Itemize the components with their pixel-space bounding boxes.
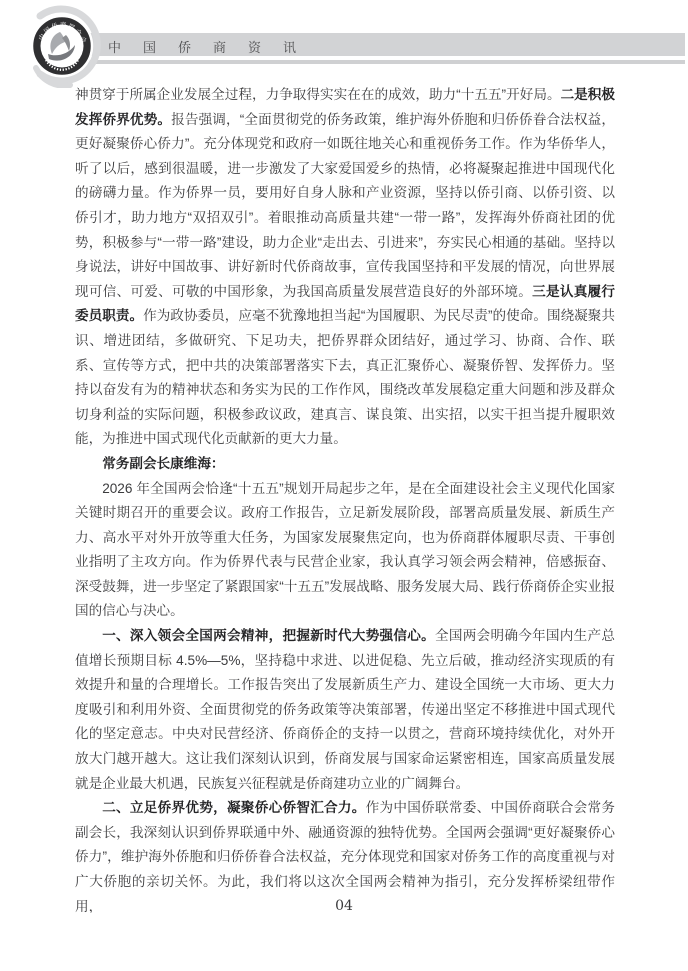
text-segment: 神贯穿于所属企业发展全过程，力争取得实实在在的成效，助力“十五五”开好局。	[75, 87, 561, 102]
speaker-heading: 常务副会长康维海：	[75, 452, 615, 477]
bold-run: 二、立足侨界优势，凝聚侨心侨智汇合力。	[102, 800, 365, 815]
text-segment: 作为中国侨联常委、中国侨商联合会常务副会长，我深刻认识到侨界联通中外、融通资源的…	[75, 800, 615, 913]
masthead-bar: 中国侨商资讯	[70, 33, 685, 56]
text-segment: 2026 年全国两会恰逢“十五五”规划开局起步之年，是在全面建设社会主义现代化国…	[75, 481, 615, 619]
paragraph: 一、深入领会全国两会精神，把握新时代大势强信心。全国两会明确今年国内生产总值增长…	[75, 624, 615, 796]
text-segment: 作为政协委员，应毫不犹豫地担当起“为国履职、为民尽责”的使命。围绕凝聚共识、增进…	[75, 308, 615, 446]
continuation-paragraph: 神贯穿于所属企业发展全过程，力争取得实实在在的成效，助力“十五五”开好局。二是积…	[75, 83, 615, 452]
text-segment: 全国两会明确今年国内生产总值增长预期目标 4.5%—5%，坚持稳中求进、以进促稳…	[75, 628, 615, 791]
paragraph: 二、立足侨界优势，凝聚侨心侨智汇合力。作为中国侨联常委、中国侨商联合会常务副会长…	[75, 796, 615, 913]
text-segment: 报告强调，“全面贯彻党的侨务政策，维护海外侨胞和归侨侨眷合法权益，更好凝聚侨心侨…	[75, 112, 615, 299]
bold-run: 常务副会长康维海：	[102, 456, 224, 471]
association-logo-icon: 中国侨商联合会	[20, 4, 102, 88]
masthead-title: 中国侨商资讯	[108, 37, 318, 56]
paragraph: 2026 年全国两会恰逢“十五五”规划开局起步之年，是在全面建设社会主义现代化国…	[75, 477, 615, 625]
document-page: 中国侨商资讯 中国侨商联合会	[0, 0, 688, 971]
page-number: 04	[0, 898, 688, 914]
masthead-rule	[70, 60, 685, 64]
article-body: 神贯穿于所属企业发展全过程，力争取得实实在在的成效，助力“十五五”开好局。二是积…	[75, 83, 615, 913]
bold-run: 一、深入领会全国两会精神，把握新时代大势强信心。	[102, 628, 435, 643]
